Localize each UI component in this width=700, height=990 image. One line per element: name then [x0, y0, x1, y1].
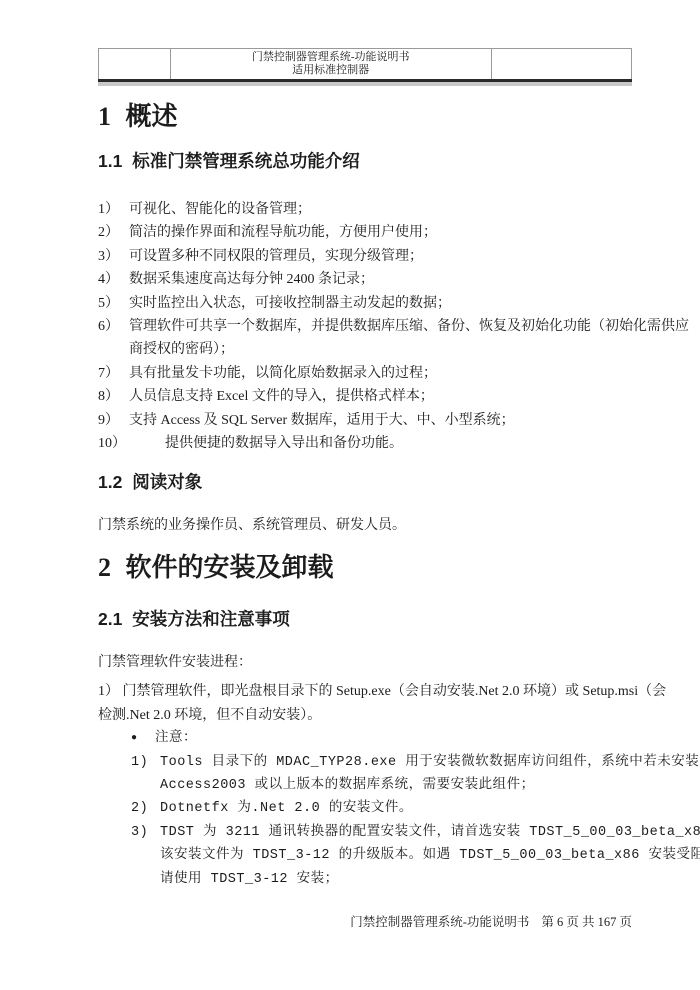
item-number: 1) [131, 751, 160, 798]
list-item: 8） 人员信息支持 Excel 文件的导入，提供格式样本； [98, 385, 632, 408]
item-text: 管理软件可共享一个数据库，并提供数据库压缩、备份、恢复及初始化功能（初始化需供应 [129, 315, 689, 338]
list-item: 5） 实时监控出入状态，可接收控制器主动发起的数据； [98, 292, 632, 315]
note-text-line: 该安装文件为 TDST_3-12 的升级版本。如遇 TDST_5_00_03_b… [160, 844, 700, 867]
header-cell-center: 门禁控制器管理系统-功能说明书 适用标准控制器 [170, 49, 491, 81]
list-item: 2） 简洁的操作界面和流程导航功能，方便用户使用； [98, 221, 632, 244]
heading-2-install: 2 软件的安装及卸载 [98, 553, 632, 583]
item-text: 提供便捷的数据导入导出和备份功能。 [165, 432, 403, 455]
heading-1-overview: 1 概述 [98, 102, 632, 132]
note-block: ● 注意： 1) Tools 目录下的 MDAC_TYP28.exe 用于安装微… [98, 727, 632, 891]
item-text: 具有批量发卡功能，以简化原始数据录入的过程； [129, 362, 437, 385]
item-text: 可设置多种不同权限的管理员，实现分级管理； [129, 245, 423, 268]
item-number: 5） [98, 292, 129, 315]
item-number: 3) [131, 821, 160, 891]
item-number: 4） [98, 268, 129, 291]
item-number: 7） [98, 362, 129, 385]
item-number: 10） [98, 432, 165, 455]
list-item: 10） 提供便捷的数据导入导出和备份功能。 [98, 432, 632, 455]
item-text: 简洁的操作界面和流程导航功能，方便用户使用； [129, 221, 437, 244]
document-body: 1 概述 1.1 标准门禁管理系统总功能介绍 1） 可视化、智能化的设备管理； … [98, 79, 632, 891]
document-page: 门禁控制器管理系统-功能说明书 适用标准控制器 1 概述 1.1 标准门禁管理系… [0, 0, 700, 990]
heading-1-2: 1.2 阅读对象 [98, 472, 632, 492]
list-item: 3） 可设置多种不同权限的管理员，实现分级管理； [98, 245, 632, 268]
item-text: 可视化、智能化的设备管理； [129, 198, 311, 221]
doc-title: 门禁控制器管理系统-功能说明书 [173, 51, 489, 65]
note-item: 1) Tools 目录下的 MDAC_TYP28.exe 用于安装微软数据库访问… [131, 751, 632, 798]
note-text-line: 请使用 TDST_3-12 安装； [160, 868, 700, 891]
note-text-line: Dotnetfx 为.Net 2.0 的安装文件。 [160, 797, 413, 820]
list-item: 6） 管理软件可共享一个数据库，并提供数据库压缩、备份、恢复及初始化功能（初始化… [98, 315, 632, 362]
note-text-line: TDST 为 3211 通讯转换器的配置安装文件，请首选安装 TDST_5_00… [160, 821, 700, 844]
note-item: 3) TDST 为 3211 通讯转换器的配置安装文件，请首选安装 TDST_5… [131, 821, 632, 891]
step-text-line: 检测.Net 2.0 环境，但不自动安装）。 [98, 704, 632, 727]
note-item: 2) Dotnetfx 为.Net 2.0 的安装文件。 [131, 797, 632, 820]
header-row: 门禁控制器管理系统-功能说明书 适用标准控制器 [99, 49, 632, 81]
note-label: 注意： [155, 727, 197, 750]
item-text: 数据采集速度高达每分钟 2400 条记录； [129, 268, 374, 291]
feature-list: 1） 可视化、智能化的设备管理； 2） 简洁的操作界面和流程导航功能，方便用户使… [98, 198, 632, 455]
item-number: 9） [98, 409, 129, 432]
doc-subtitle: 适用标准控制器 [173, 64, 489, 78]
item-text: 人员信息支持 Excel 文件的导入，提供格式样本； [129, 385, 434, 408]
list-item: 7） 具有批量发卡功能，以简化原始数据录入的过程； [98, 362, 632, 385]
item-number: 2) [131, 797, 160, 820]
note-text-line: Access2003 或以上版本的数据库系统，需要安装此组件； [160, 774, 699, 797]
item-number: 6） [98, 315, 129, 362]
header-cell-right [491, 49, 631, 81]
page-footer: 门禁控制器管理系统-功能说明书第 6 页 共 167 页 [350, 914, 632, 930]
install-step-1: 1） 门禁管理软件，即光盘根目录下的 Setup.exe（会自动安装.Net 2… [98, 680, 632, 727]
list-item: 4） 数据采集速度高达每分钟 2400 条记录； [98, 268, 632, 291]
header-cell-left [99, 49, 171, 81]
footer-doc-title: 门禁控制器管理系统-功能说明书 [350, 915, 529, 929]
item-text: 支持 Access 及 SQL Server 数据库，适用于大、中、小型系统； [129, 409, 515, 432]
heading-1-1: 1.1 标准门禁管理系统总功能介绍 [98, 151, 632, 171]
readers-paragraph: 门禁系统的业务操作员、系统管理员、研发人员。 [98, 514, 632, 537]
list-item: 1） 可视化、智能化的设备管理； [98, 198, 632, 221]
item-number: 8） [98, 385, 129, 408]
step-text-line: 1） 门禁管理软件，即光盘根目录下的 Setup.exe（会自动安装.Net 2… [98, 680, 632, 703]
item-number: 2） [98, 221, 129, 244]
item-text: 商授权的密码）； [129, 338, 689, 361]
install-intro: 门禁管理软件安装进程： [98, 651, 632, 674]
bullet-icon: ● [131, 727, 155, 750]
item-number: 3） [98, 245, 129, 268]
note-bullet-row: ● 注意： [131, 727, 632, 750]
heading-2-1: 2.1 安装方法和注意事项 [98, 609, 632, 629]
list-item: 9） 支持 Access 及 SQL Server 数据库，适用于大、中、小型系… [98, 409, 632, 432]
header-table: 门禁控制器管理系统-功能说明书 适用标准控制器 [98, 48, 632, 82]
item-number: 1） [98, 198, 129, 221]
footer-page-info: 第 6 页 共 167 页 [541, 915, 632, 929]
item-text: 实时监控出入状态，可接收控制器主动发起的数据； [129, 292, 451, 315]
note-text-line: Tools 目录下的 MDAC_TYP28.exe 用于安装微软数据库访问组件，… [160, 751, 699, 774]
